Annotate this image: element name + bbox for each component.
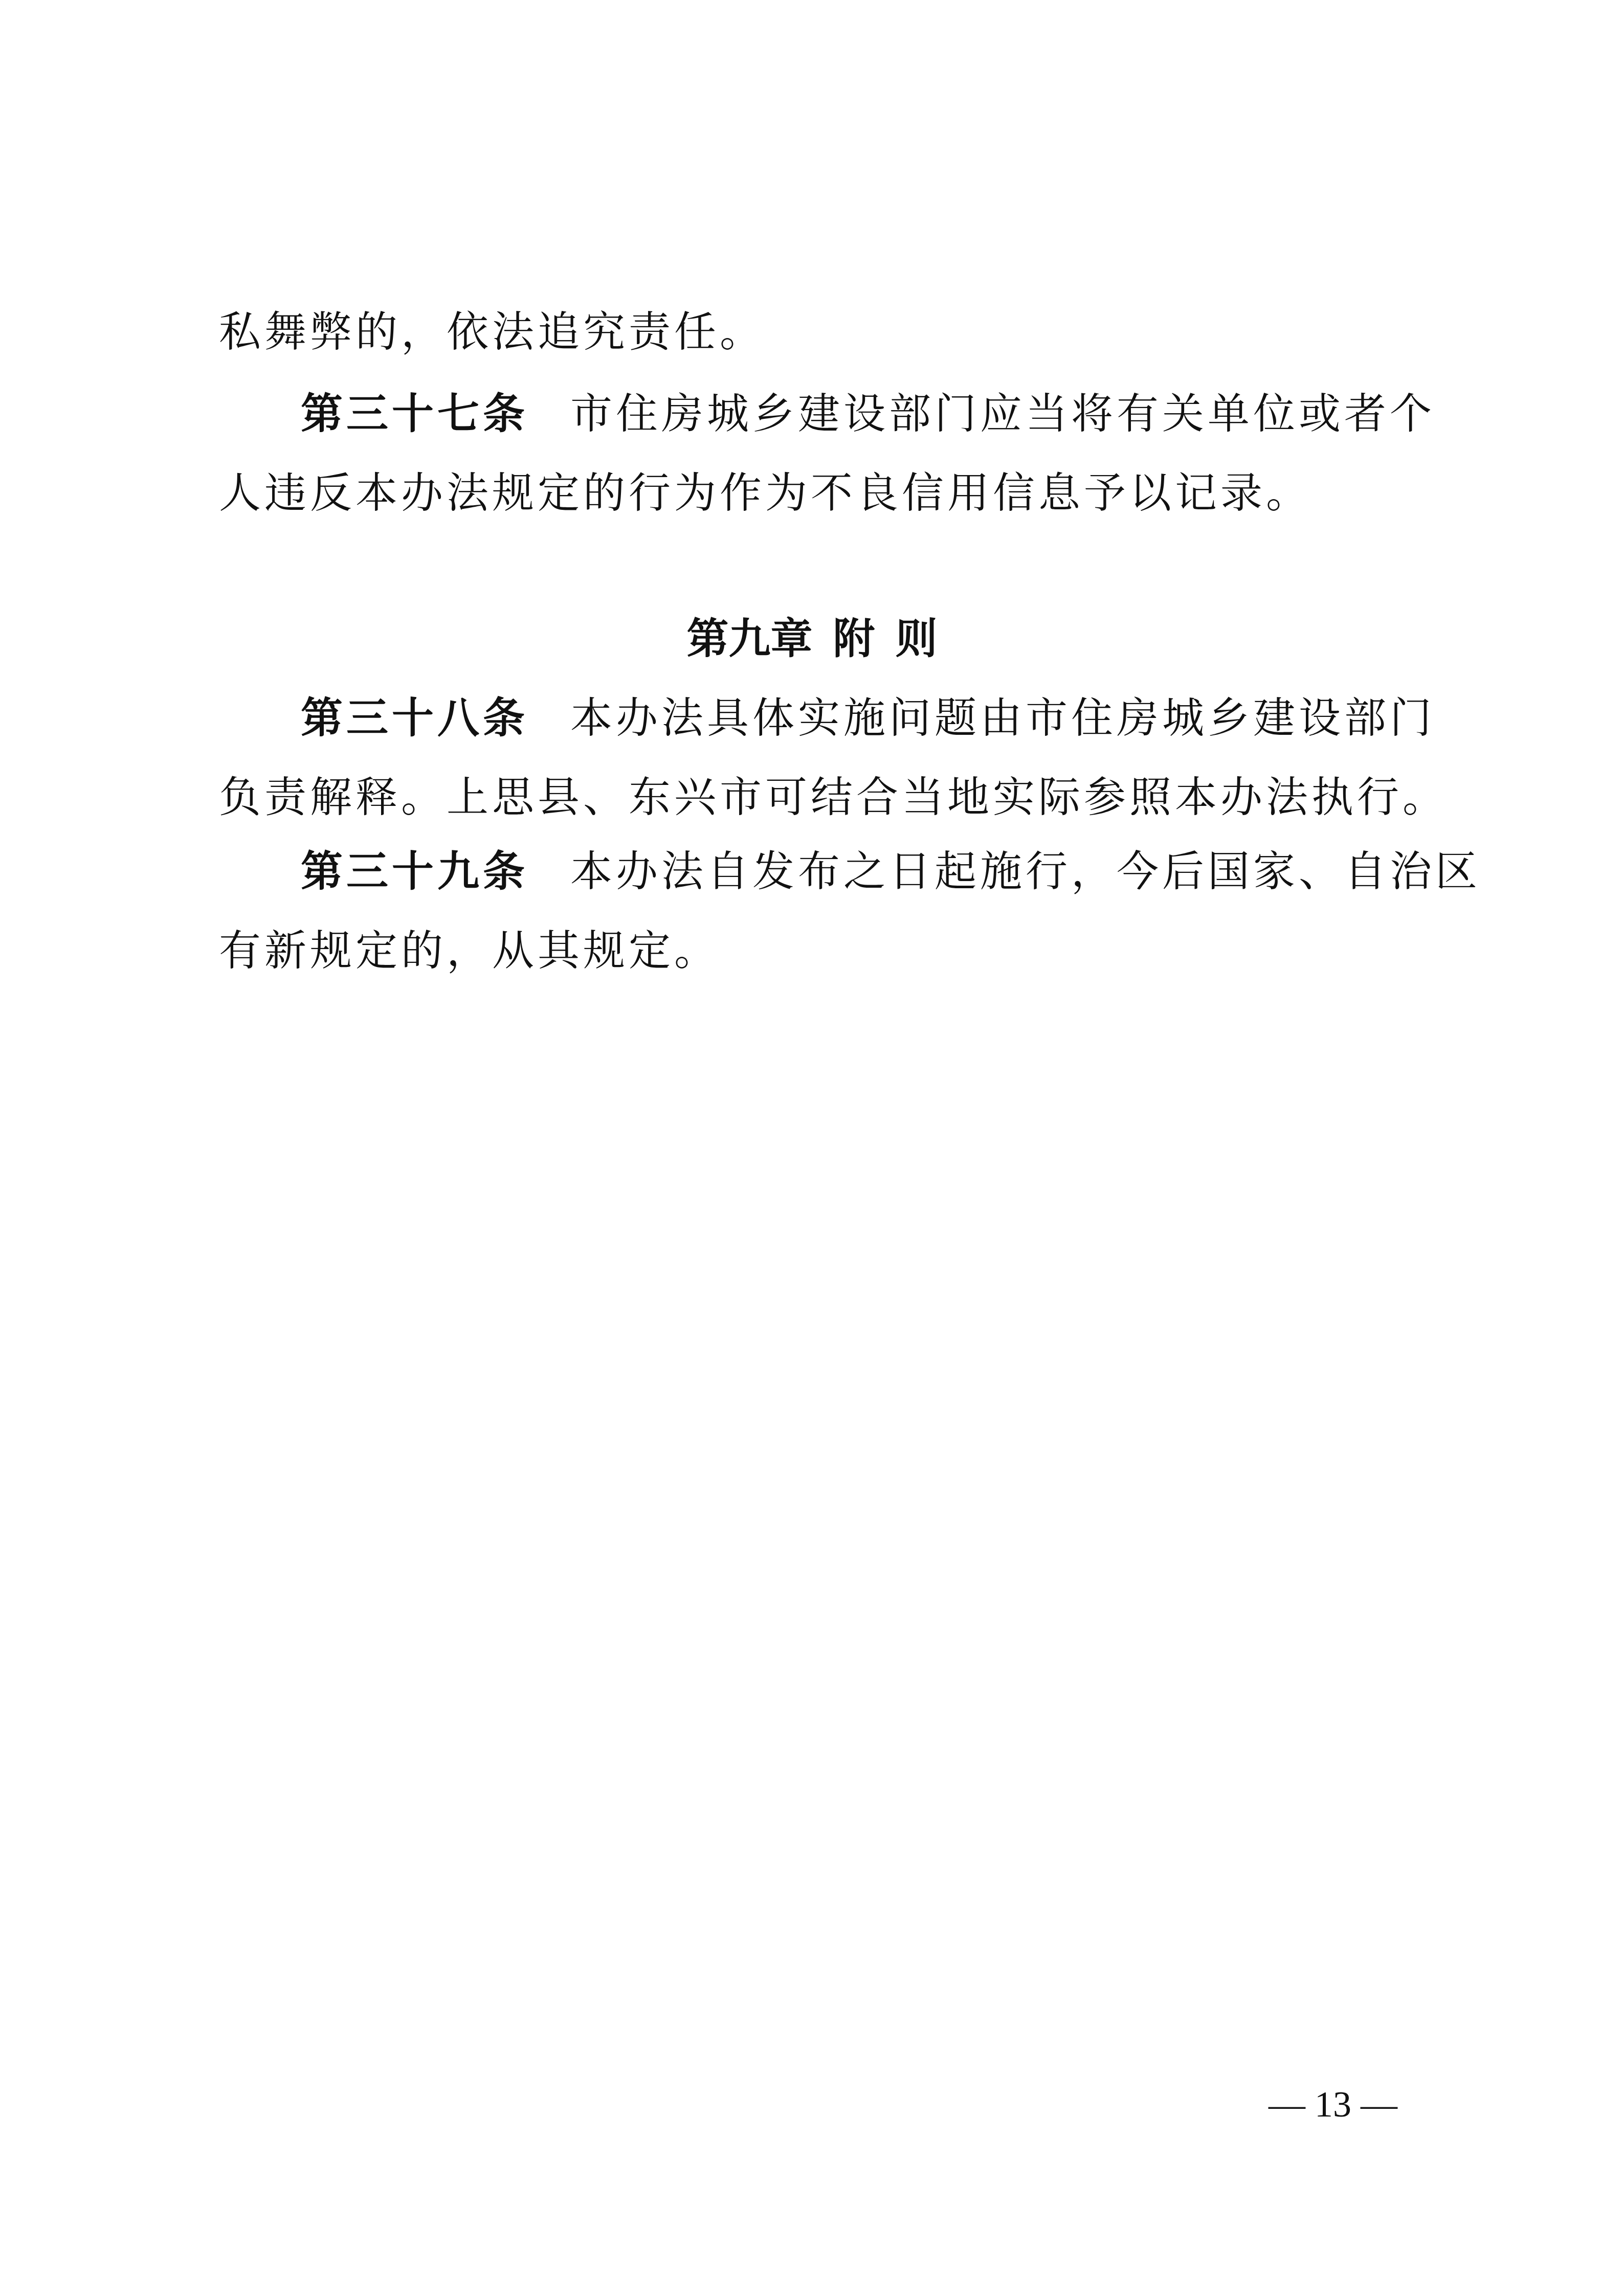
chapter-name-2: 则: [896, 615, 938, 663]
article-39-line-1: 第三十九条本办法自发布之日起施行，今后国家、自治区: [301, 846, 1481, 897]
article-39-line-2: 有新规定的，从其规定。: [219, 926, 720, 977]
article-37-line-2: 人违反本办法规定的行为作为不良信用信息予以记录。: [219, 468, 1311, 519]
article-38-text: 本办法具体实施问题由市住房城乡建设部门: [570, 694, 1435, 742]
article-38-line-2: 负责解释。上思县、东兴市可结合当地实际参照本办法执行。: [219, 772, 1448, 823]
chapter-name-1: 附: [833, 615, 875, 663]
article-37-number: 第三十七条: [301, 390, 528, 438]
article-39-number: 第三十九条: [301, 847, 528, 896]
article-37-line-1: 第三十七条市住房城乡建设部门应当将有关单位或者个: [301, 389, 1435, 440]
paragraph-continuation: 私舞弊的，依法追究责任。: [219, 307, 765, 358]
article-39-text: 本办法自发布之日起施行，今后国家、自治区: [570, 847, 1481, 896]
article-38-line-1: 第三十八条本办法具体实施问题由市住房城乡建设部门: [301, 693, 1435, 744]
chapter-heading: 第九章附则: [0, 614, 1624, 665]
page-number: — 13 —: [1269, 2081, 1397, 2127]
article-37-text: 市住房城乡建设部门应当将有关单位或者个: [570, 390, 1435, 438]
chapter-number: 第九章: [686, 615, 812, 663]
article-38-number: 第三十八条: [301, 694, 528, 742]
